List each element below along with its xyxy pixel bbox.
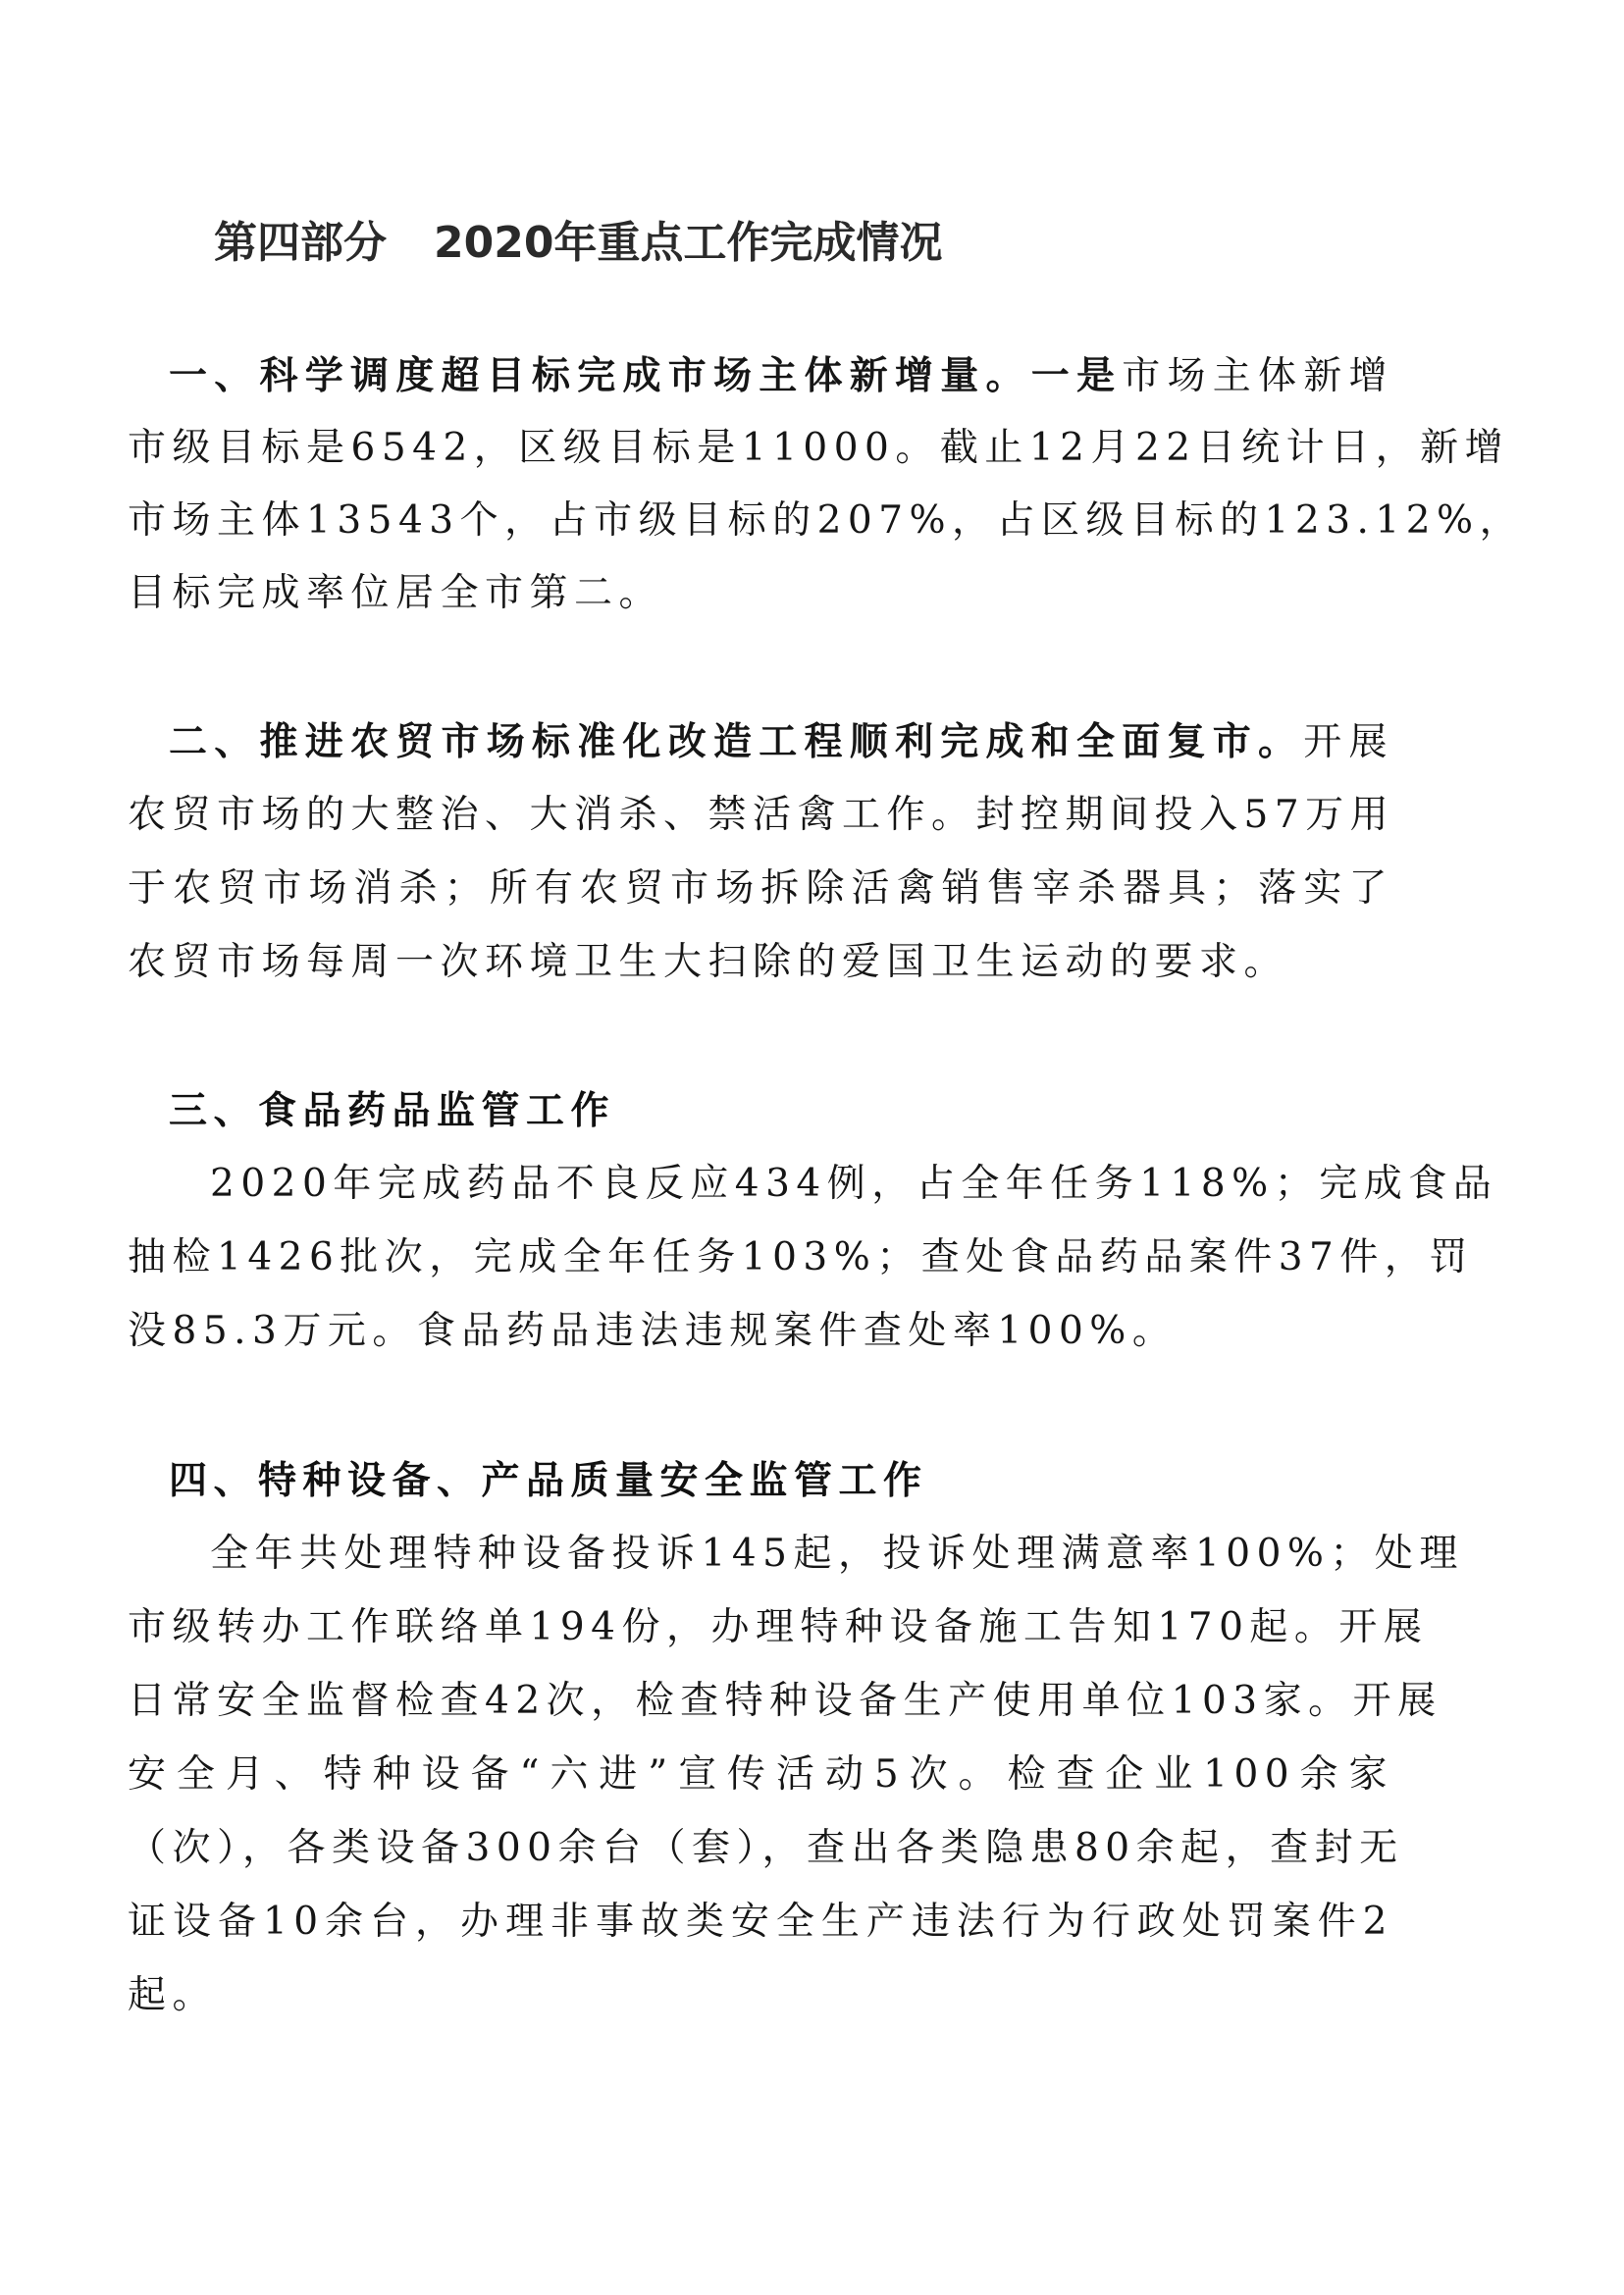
section-1-text: 市场主体新增: [1122, 354, 1393, 398]
section-4-line-5: （次），各类设备300余台（套），查出各类隐患80余起，查封无: [128, 1813, 1393, 1884]
section-2-line-2: 农贸市场的大整治、大消杀、禁活禽工作。封控期间投入57万用: [128, 780, 1393, 851]
page-title: 第四部分2020年重点工作完成情况: [214, 214, 942, 273]
section-4-line-4: 安全月、特种设备“六进”宣传活动5次。检查企业100余家: [128, 1740, 1393, 1810]
document-page: 第四部分2020年重点工作完成情况 一、科学调度超目标完成市场主体新增量。一是市…: [0, 0, 1624, 2295]
section-1-lead: 一是: [1031, 353, 1123, 398]
section-1-line-2: 市级目标是6542，区级目标是11000。截止12月22日统计日，新增: [128, 413, 1393, 484]
section-3-line-2: 抽检1426批次，完成全年任务103%；查处食品药品案件37件，罚: [128, 1223, 1393, 1293]
section-2-line-1: 二、推进农贸市场标准化改造工程顺利完成和全面复市。开展: [169, 706, 1393, 778]
section-4-line-1: 全年共处理特种设备投诉145起，投诉处理满意率100%；处理: [210, 1519, 1393, 1590]
section-4-line-6: 证设备10余台，办理非事故类安全生产违法行为行政处罚案件2: [128, 1887, 1393, 1957]
section-3-heading: 三、食品药品监管工作: [169, 1075, 1393, 1146]
section-4-heading: 四、特种设备、产品质量安全监管工作: [169, 1445, 1393, 1516]
section-1-line-1: 一、科学调度超目标完成市场主体新增量。一是市场主体新增: [169, 340, 1393, 412]
section-2-line-3: 于农贸市场消杀；所有农贸市场拆除活禽销售宰杀器具；落实了: [128, 854, 1393, 924]
title-main: 2020年重点工作完成情况: [434, 218, 942, 268]
section-1-line-3: 市场主体13543个，占市级目标的207%，占区级目标的123.12%，: [128, 486, 1393, 556]
section-4-line-3: 日常安全监督检查42次，检查特种设备生产使用单位103家。开展: [128, 1666, 1393, 1737]
section-2-text: 开展: [1303, 720, 1393, 764]
section-4-line-7: 起。: [128, 1960, 1393, 2031]
title-part: 第四部分: [214, 218, 387, 268]
section-1-line-4: 目标完成率位居全市第二。: [128, 558, 1393, 629]
section-1-heading: 一、科学调度超目标完成市场主体新增量。: [169, 353, 1031, 398]
section-3-line-3: 没85.3万元。食品药品违法违规案件查处率100%。: [128, 1296, 1393, 1367]
section-2-line-4: 农贸市场每周一次环境卫生大扫除的爱国卫生运动的要求。: [128, 927, 1393, 998]
section-2-heading: 二、推进农贸市场标准化改造工程顺利完成和全面复市。: [169, 719, 1303, 764]
section-3-line-1: 2020年完成药品不良反应434例，占全年任务118%；完成食品: [210, 1149, 1393, 1220]
section-4-line-2: 市级转办工作联络单194份，办理特种设备施工告知170起。开展: [128, 1592, 1393, 1663]
